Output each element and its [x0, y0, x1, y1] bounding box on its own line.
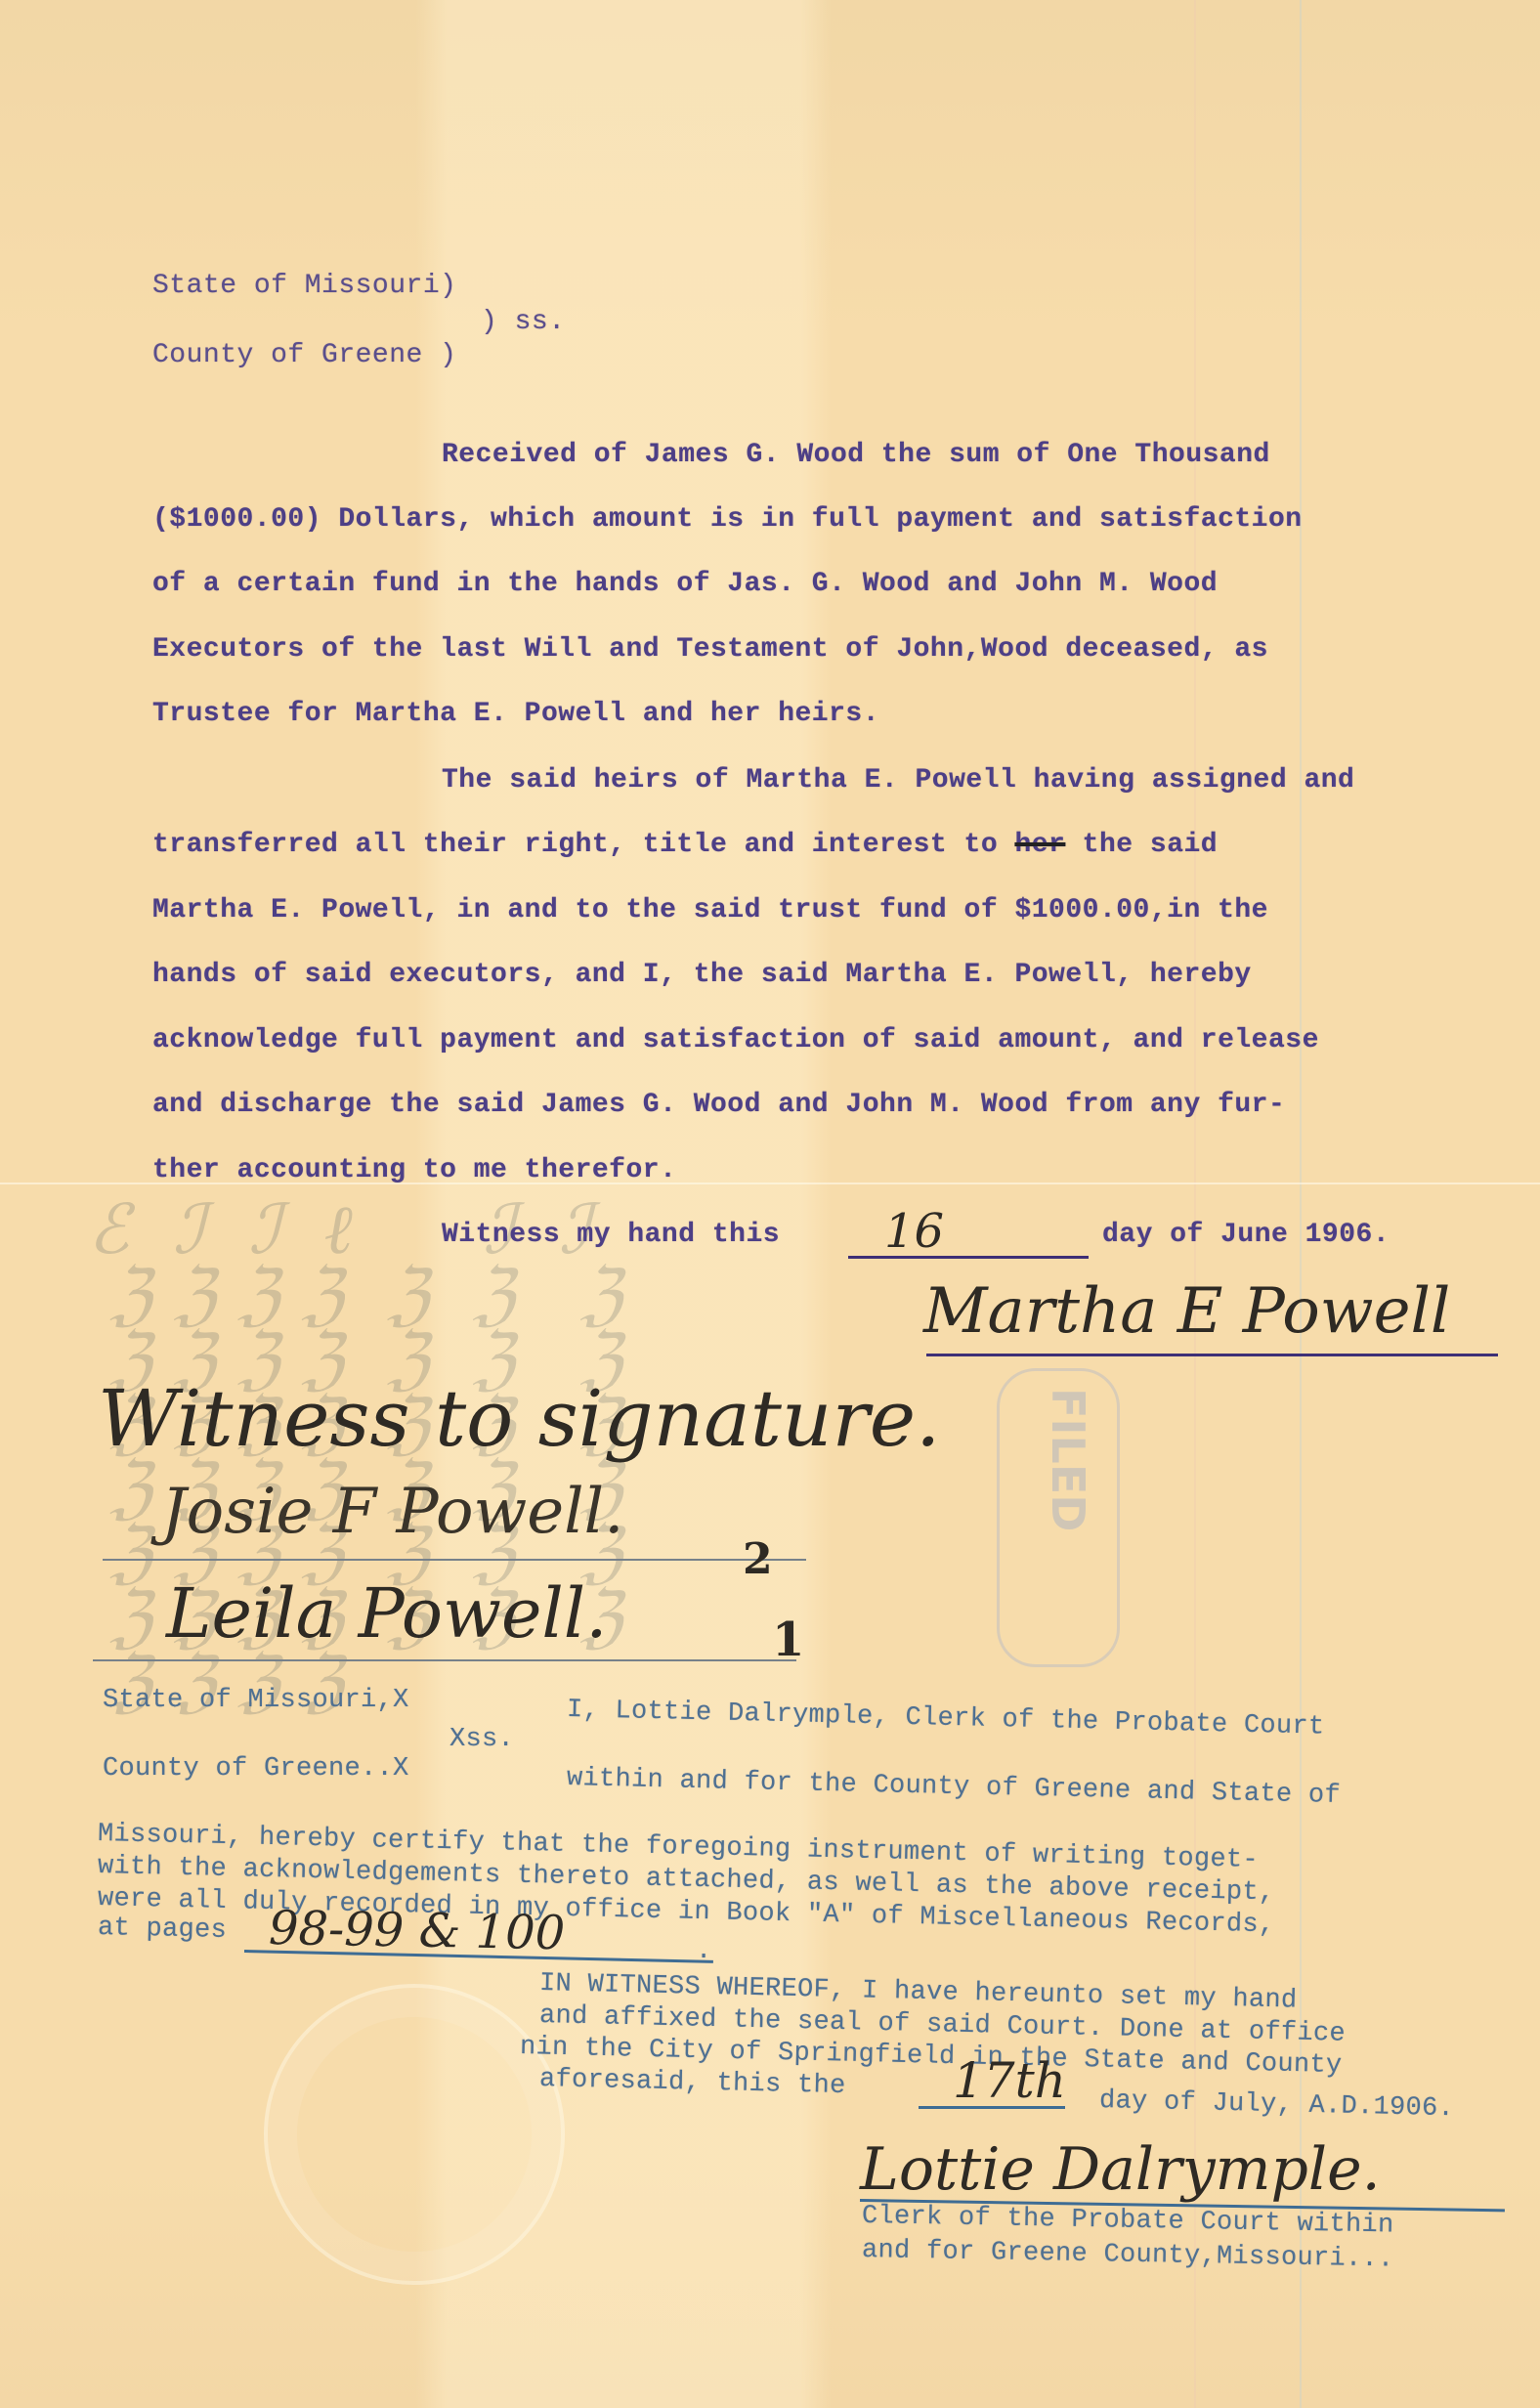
- court-seal: [264, 1984, 565, 2285]
- paragraph-line: acknowledge full payment and satisfactio…: [152, 1025, 1319, 1055]
- paragraph-line: ther accounting to me therefor.: [152, 1155, 676, 1185]
- venue-ss: ) ss.: [481, 307, 566, 337]
- venue-state: State of Missouri): [152, 271, 456, 301]
- fold-line: [1194, 0, 1196, 2408]
- paragraph-text: the said: [1065, 830, 1218, 860]
- pages-prefix: at pages: [98, 1913, 228, 1946]
- cert-venue-state: State of Missouri,X: [103, 1686, 409, 1715]
- faded-stamp-text: FILED: [1042, 1388, 1094, 1531]
- witness-suffix: day of June 1906.: [1102, 1220, 1390, 1250]
- day-handwritten: 16: [884, 1204, 944, 1259]
- signature-line: [926, 1354, 1498, 1356]
- venue-county: County of Greene ): [152, 340, 456, 370]
- paragraph-line: ($1000.00) Dollars, which amount is in f…: [152, 504, 1303, 535]
- struck-word: her: [1014, 830, 1065, 860]
- day-handwritten: 17th: [953, 2052, 1066, 2109]
- witness-prefix: Witness my hand this: [442, 1220, 780, 1250]
- cert-venue-ss: Xss.: [449, 1725, 514, 1754]
- witness-line: [103, 1559, 806, 1561]
- paragraph-line: Executors of the last Will and Testament…: [152, 634, 1268, 665]
- witness-name: Josie F Powell.: [161, 1476, 623, 1548]
- paragraph-line: Received of James G. Wood the sum of One…: [442, 440, 1270, 470]
- signature-lottie-dalrymple: Lottie Dalrymple.: [860, 2135, 1381, 2204]
- paragraph-line: Martha E. Powell, in and to the said tru…: [152, 895, 1268, 925]
- paragraph-line: of a certain fund in the hands of Jas. G…: [152, 569, 1218, 599]
- witness-heading: Witness to signature.: [98, 1373, 940, 1464]
- pages-suffix: .: [696, 1937, 712, 1966]
- paragraph-line: hands of said executors, and I, the said…: [152, 960, 1252, 990]
- paragraph-line: The said heirs of Martha E. Powell havin…: [442, 765, 1354, 795]
- paragraph-text: transferred all their right, title and i…: [152, 830, 1014, 860]
- pages-handwritten: 98-99 & 100: [269, 1901, 566, 1960]
- paragraph-line: and discharge the said James G. Wood and…: [152, 1090, 1285, 1120]
- cert-venue-county: County of Greene..X: [103, 1754, 409, 1784]
- witness-name: Leila Powell.: [166, 1573, 607, 1654]
- paragraph-line: transferred all their right, title and i…: [152, 830, 1218, 860]
- signature-martha-powell: Martha E Powell: [923, 1275, 1450, 1348]
- witness-mark: 1: [772, 1612, 804, 1667]
- witness-line: [93, 1659, 796, 1661]
- witness-mark: 2: [743, 1534, 773, 1584]
- paragraph-line: Trustee for Martha E. Powell and her hei…: [152, 699, 879, 729]
